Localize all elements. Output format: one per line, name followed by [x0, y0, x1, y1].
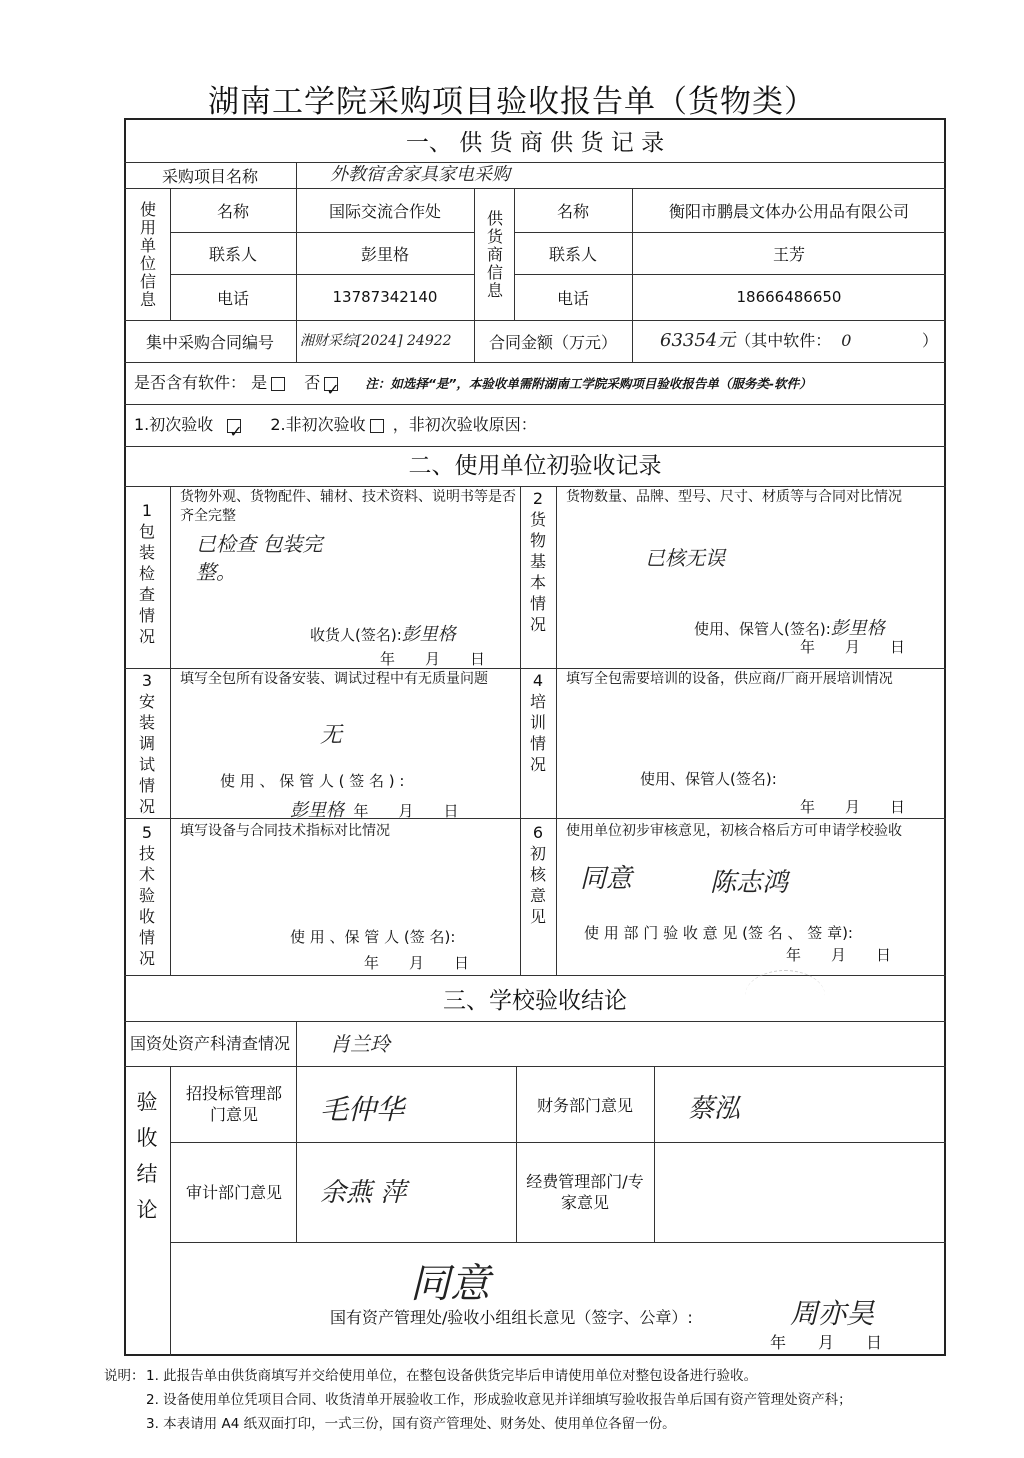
- item3-signature[interactable]: 彭里格: [290, 800, 344, 821]
- bidding-dept-label: 招投标管理部门意见: [186, 1066, 282, 1142]
- item1-vertical-label: 1包装检查情况: [124, 500, 170, 647]
- item3-sign-label: 使 用 、 保 管 人 ( 签 名 ) :: [220, 770, 520, 791]
- has-software-row: 是否含有软件： 是 否 注：如选择“是”，本验收单需附湖南工学院采购项目验收报告…: [134, 362, 944, 404]
- item2-prompt: 货物数量、品牌、型号、尺寸、材质等与合同对比情况: [566, 488, 946, 507]
- item6-sign-label: 使 用 部 门 验 收 意 见 (签 名 、 签 章):: [584, 922, 944, 943]
- item6-vertical-label: 6初核意见: [520, 822, 556, 927]
- supplier-phone-label: 电话: [514, 274, 632, 320]
- non-initial-acceptance-checkbox[interactable]: [370, 419, 384, 433]
- contract-amount-value[interactable]: 63354元: [660, 330, 735, 351]
- final-signature[interactable]: 周亦昊: [790, 1292, 900, 1332]
- supplier-contact-label: 联系人: [514, 232, 632, 274]
- item3-prompt: 填写全包所有设备安装、调试过程中有无质量问题: [180, 670, 516, 689]
- item5-sign-label: 使 用 、保 管 人 (签 名):: [290, 926, 520, 947]
- contract-amount-label: 合同金额（万元）: [474, 320, 632, 362]
- initial-acceptance-label: 1.初次验收: [134, 415, 213, 434]
- user-unit-vertical-label: 使用单位信息: [124, 190, 170, 320]
- supplier-phone-value: 18666486650: [632, 274, 946, 320]
- final-sign-label: 国有资产管理处/验收小组组长意见（签字、公章）:: [330, 1305, 790, 1328]
- item4-prompt: 填写全包需要培训的设备，供应商/厂商开展培训情况: [566, 670, 946, 689]
- item5-date: 年 月 日: [364, 952, 514, 973]
- item6-signature[interactable]: 陈志鸿: [710, 862, 850, 899]
- notes-prefix: 说明：: [104, 1364, 145, 1384]
- official-seal-partial: [745, 970, 825, 1021]
- item3-handwritten[interactable]: 无: [320, 718, 380, 749]
- item2-vertical-label: 2货物基本情况: [520, 488, 556, 635]
- supplier-contact-value: 王芳: [632, 232, 946, 274]
- user-contact-value: 彭里格: [296, 232, 474, 274]
- section1-heading: 一、 供 货 商 供 货 记 录: [124, 124, 946, 162]
- funding-dept-signature-area[interactable]: [654, 1142, 946, 1242]
- contract-no-value[interactable]: 湘财采综[2024] 24922: [300, 320, 480, 362]
- contract-amount-cell: 63354元（其中软件：0）: [660, 320, 946, 362]
- item5-prompt: 填写设备与合同技术指标对比情况: [180, 822, 516, 841]
- item1-prompt: 货物外观、货物配件、辅材、技术资料、说明书等是否齐全完整: [180, 488, 516, 526]
- finance-dept-label: 财务部门意见: [516, 1066, 654, 1142]
- software-part-label: （其中软件：: [735, 331, 831, 350]
- asset-check-signature[interactable]: 肖兰玲: [330, 1028, 490, 1057]
- item4-vertical-label: 4培训情况: [520, 670, 556, 775]
- supplier-name-label: 名称: [514, 188, 632, 232]
- user-contact-label: 联系人: [170, 232, 296, 274]
- non-initial-acceptance-label: 2.非初次验收: [270, 415, 365, 434]
- initial-acceptance-checkbox[interactable]: [227, 419, 241, 433]
- item5-vertical-label: 5技术验收情况: [124, 822, 170, 969]
- item6-prompt: 使用单位初步审核意见，初核合格后方可申请学校验收: [566, 822, 946, 841]
- user-name-label: 名称: [170, 188, 296, 232]
- item4-date: 年 月 日: [800, 796, 940, 817]
- conclusion-vertical-label: 验收结论: [136, 1084, 158, 1228]
- software-close: ）: [922, 320, 938, 362]
- item6-date: 年 月 日: [786, 944, 936, 965]
- note-line-2: 2. 设备使用单位凭项目合同、收货清单开展验收工作，形成验收意见并详细填写验收报…: [146, 1388, 852, 1408]
- item3-sign-row: 彭里格 年 月 日: [290, 796, 520, 822]
- acceptance-type-row: 1.初次验收 2.非初次验收 ，非初次验收原因：: [134, 404, 944, 446]
- supplier-name-value: 衡阳市鹏晨文体办公用品有限公司: [632, 188, 946, 232]
- item6-handwritten[interactable]: 同意: [580, 858, 660, 895]
- note-line-1: 1. 此报告单由供货商填写并交给使用单位，在整包设备供货完毕后申请使用单位对整包…: [146, 1364, 757, 1384]
- contract-no-label: 集中采购合同编号: [124, 320, 296, 362]
- audit-dept-label: 审计部门意见: [186, 1142, 282, 1242]
- software-no-label: 否: [304, 373, 320, 392]
- software-amount-value[interactable]: 0: [841, 331, 851, 350]
- finance-dept-signature[interactable]: 蔡泓: [688, 1088, 808, 1125]
- software-yes-label: 是: [251, 373, 267, 392]
- user-phone-value: 13787342140: [296, 274, 474, 320]
- audit-dept-signature[interactable]: 余燕 萍: [320, 1172, 500, 1209]
- item1-signature[interactable]: 彭里格: [402, 624, 456, 645]
- supplier-vertical-label: 供货商信息: [474, 190, 514, 320]
- final-date: 年 月 日: [770, 1330, 920, 1353]
- conclusion-vertical-wrap: 验收结论: [124, 1066, 170, 1246]
- bidding-dept-signature[interactable]: 毛仲华: [320, 1088, 500, 1128]
- section2-heading: 二、使用单位初验收记录: [124, 446, 946, 486]
- item3-vertical-label: 3安装调试情况: [124, 670, 170, 817]
- item1-sign-row: 收货人(签名):彭里格: [310, 620, 520, 646]
- project-name-value[interactable]: 外教宿舍家具家电采购: [330, 162, 830, 188]
- funding-dept-label: 经费管理部门/专家意见: [520, 1142, 650, 1242]
- project-name-label: 采购项目名称: [124, 162, 296, 188]
- document-title: 湖南工学院采购项目验收报告单（货物类）: [0, 76, 1024, 121]
- item1-date: 年 月 日: [380, 648, 520, 669]
- has-software-label: 是否含有软件：: [134, 373, 246, 392]
- non-initial-reason-label: ，非初次验收原因：: [393, 415, 537, 434]
- item2-date: 年 月 日: [800, 636, 940, 657]
- user-name-value: 国际交流合作处: [296, 188, 474, 232]
- asset-check-label: 国资处资产科清查情况: [130, 1021, 290, 1066]
- note-line-3: 3. 本表请用 A4 纸双面打印，一式三份，国有资产管理处、财务处、使用单位各留…: [146, 1412, 676, 1432]
- user-phone-label: 电话: [170, 274, 296, 320]
- software-yes-checkbox[interactable]: [271, 377, 285, 391]
- software-note: 注：如选择“是”，本验收单需附湖南工学院采购项目验收报告单（服务类-软件）: [365, 376, 811, 391]
- item2-handwritten[interactable]: 已核无误: [645, 542, 845, 571]
- software-no-checkbox[interactable]: [324, 377, 338, 391]
- item1-handwritten[interactable]: 已检查 包装完整。: [196, 530, 336, 586]
- final-handwritten-opinion[interactable]: 同意: [410, 1252, 550, 1309]
- item4-sign-label: 使用、保管人(签名):: [640, 768, 940, 789]
